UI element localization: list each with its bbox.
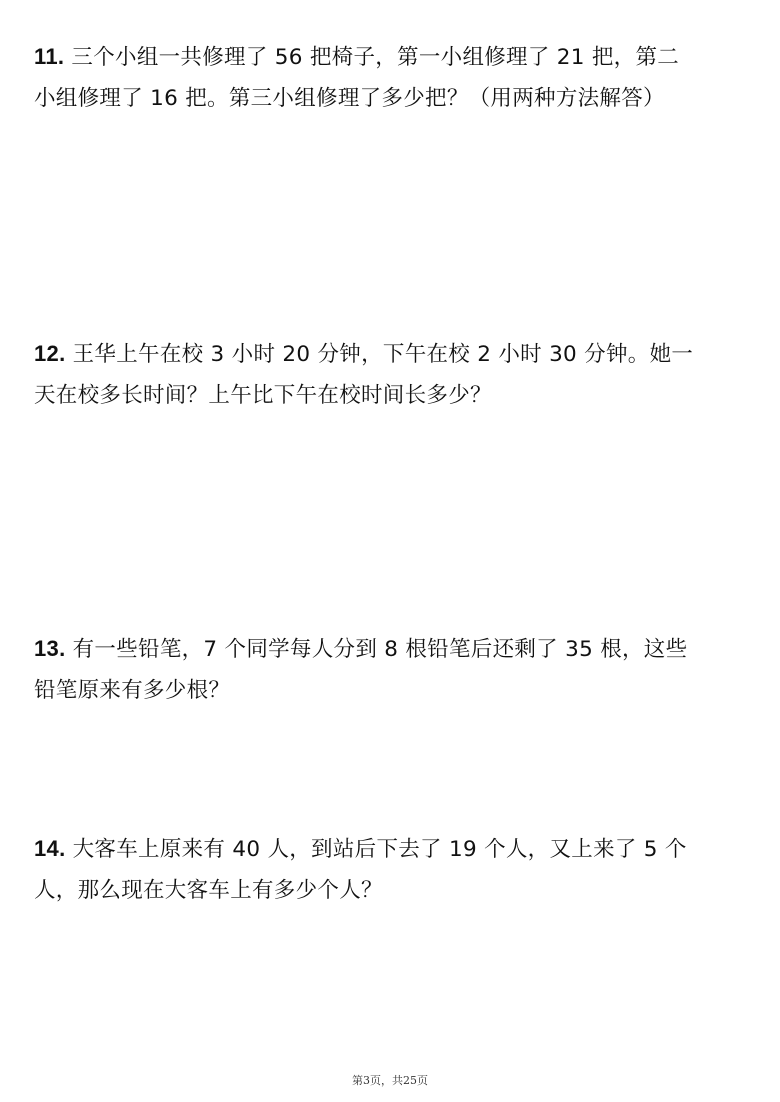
question-number: 12. — [34, 341, 65, 366]
question-text: 王华上午在校 3 小时 20 分钟，下午在校 2 小时 30 分钟。她一 — [65, 342, 693, 367]
question-number: 13. — [34, 636, 65, 661]
question-14-line-2: 人，那么现在大客车上有多少个人？ — [34, 870, 746, 911]
question-text: 有一些铅笔，7 个同学每人分到 8 根铅笔后还剩了 35 根，这些 — [65, 637, 687, 662]
question-text: 三个小组一共修理了 56 把椅子，第一小组修理了 21 把，第二 — [64, 45, 679, 70]
question-12-line-1: 12. 王华上午在校 3 小时 20 分钟，下午在校 2 小时 30 分钟。她一 — [34, 333, 746, 375]
question-12-line-2: 天在校多长时间？上午比下午在校时间长多少？ — [34, 375, 746, 416]
question-13-line-1: 13. 有一些铅笔，7 个同学每人分到 8 根铅笔后还剩了 35 根，这些 — [34, 628, 746, 670]
question-14-line-1: 14. 大客车上原来有 40 人，到站后下去了 19 个人，又上来了 5 个 — [34, 828, 746, 870]
question-12: 12. 王华上午在校 3 小时 20 分钟，下午在校 2 小时 30 分钟。她一… — [34, 333, 746, 416]
question-11-line-1: 11. 三个小组一共修理了 56 把椅子，第一小组修理了 21 把，第二 — [34, 36, 746, 78]
question-14: 14. 大客车上原来有 40 人，到站后下去了 19 个人，又上来了 5 个 人… — [34, 828, 746, 911]
question-11-line-2: 小组修理了 16 把。第三小组修理了多少把？（用两种方法解答） — [34, 78, 746, 119]
page-footer: 第3页，共25页 — [0, 1072, 780, 1088]
question-11: 11. 三个小组一共修理了 56 把椅子，第一小组修理了 21 把，第二 小组修… — [34, 36, 746, 119]
question-13-line-2: 铅笔原来有多少根？ — [34, 670, 746, 711]
question-number: 11. — [34, 44, 64, 69]
question-13: 13. 有一些铅笔，7 个同学每人分到 8 根铅笔后还剩了 35 根，这些 铅笔… — [34, 628, 746, 711]
question-text: 大客车上原来有 40 人，到站后下去了 19 个人，又上来了 5 个 — [65, 837, 686, 862]
question-number: 14. — [34, 836, 65, 861]
